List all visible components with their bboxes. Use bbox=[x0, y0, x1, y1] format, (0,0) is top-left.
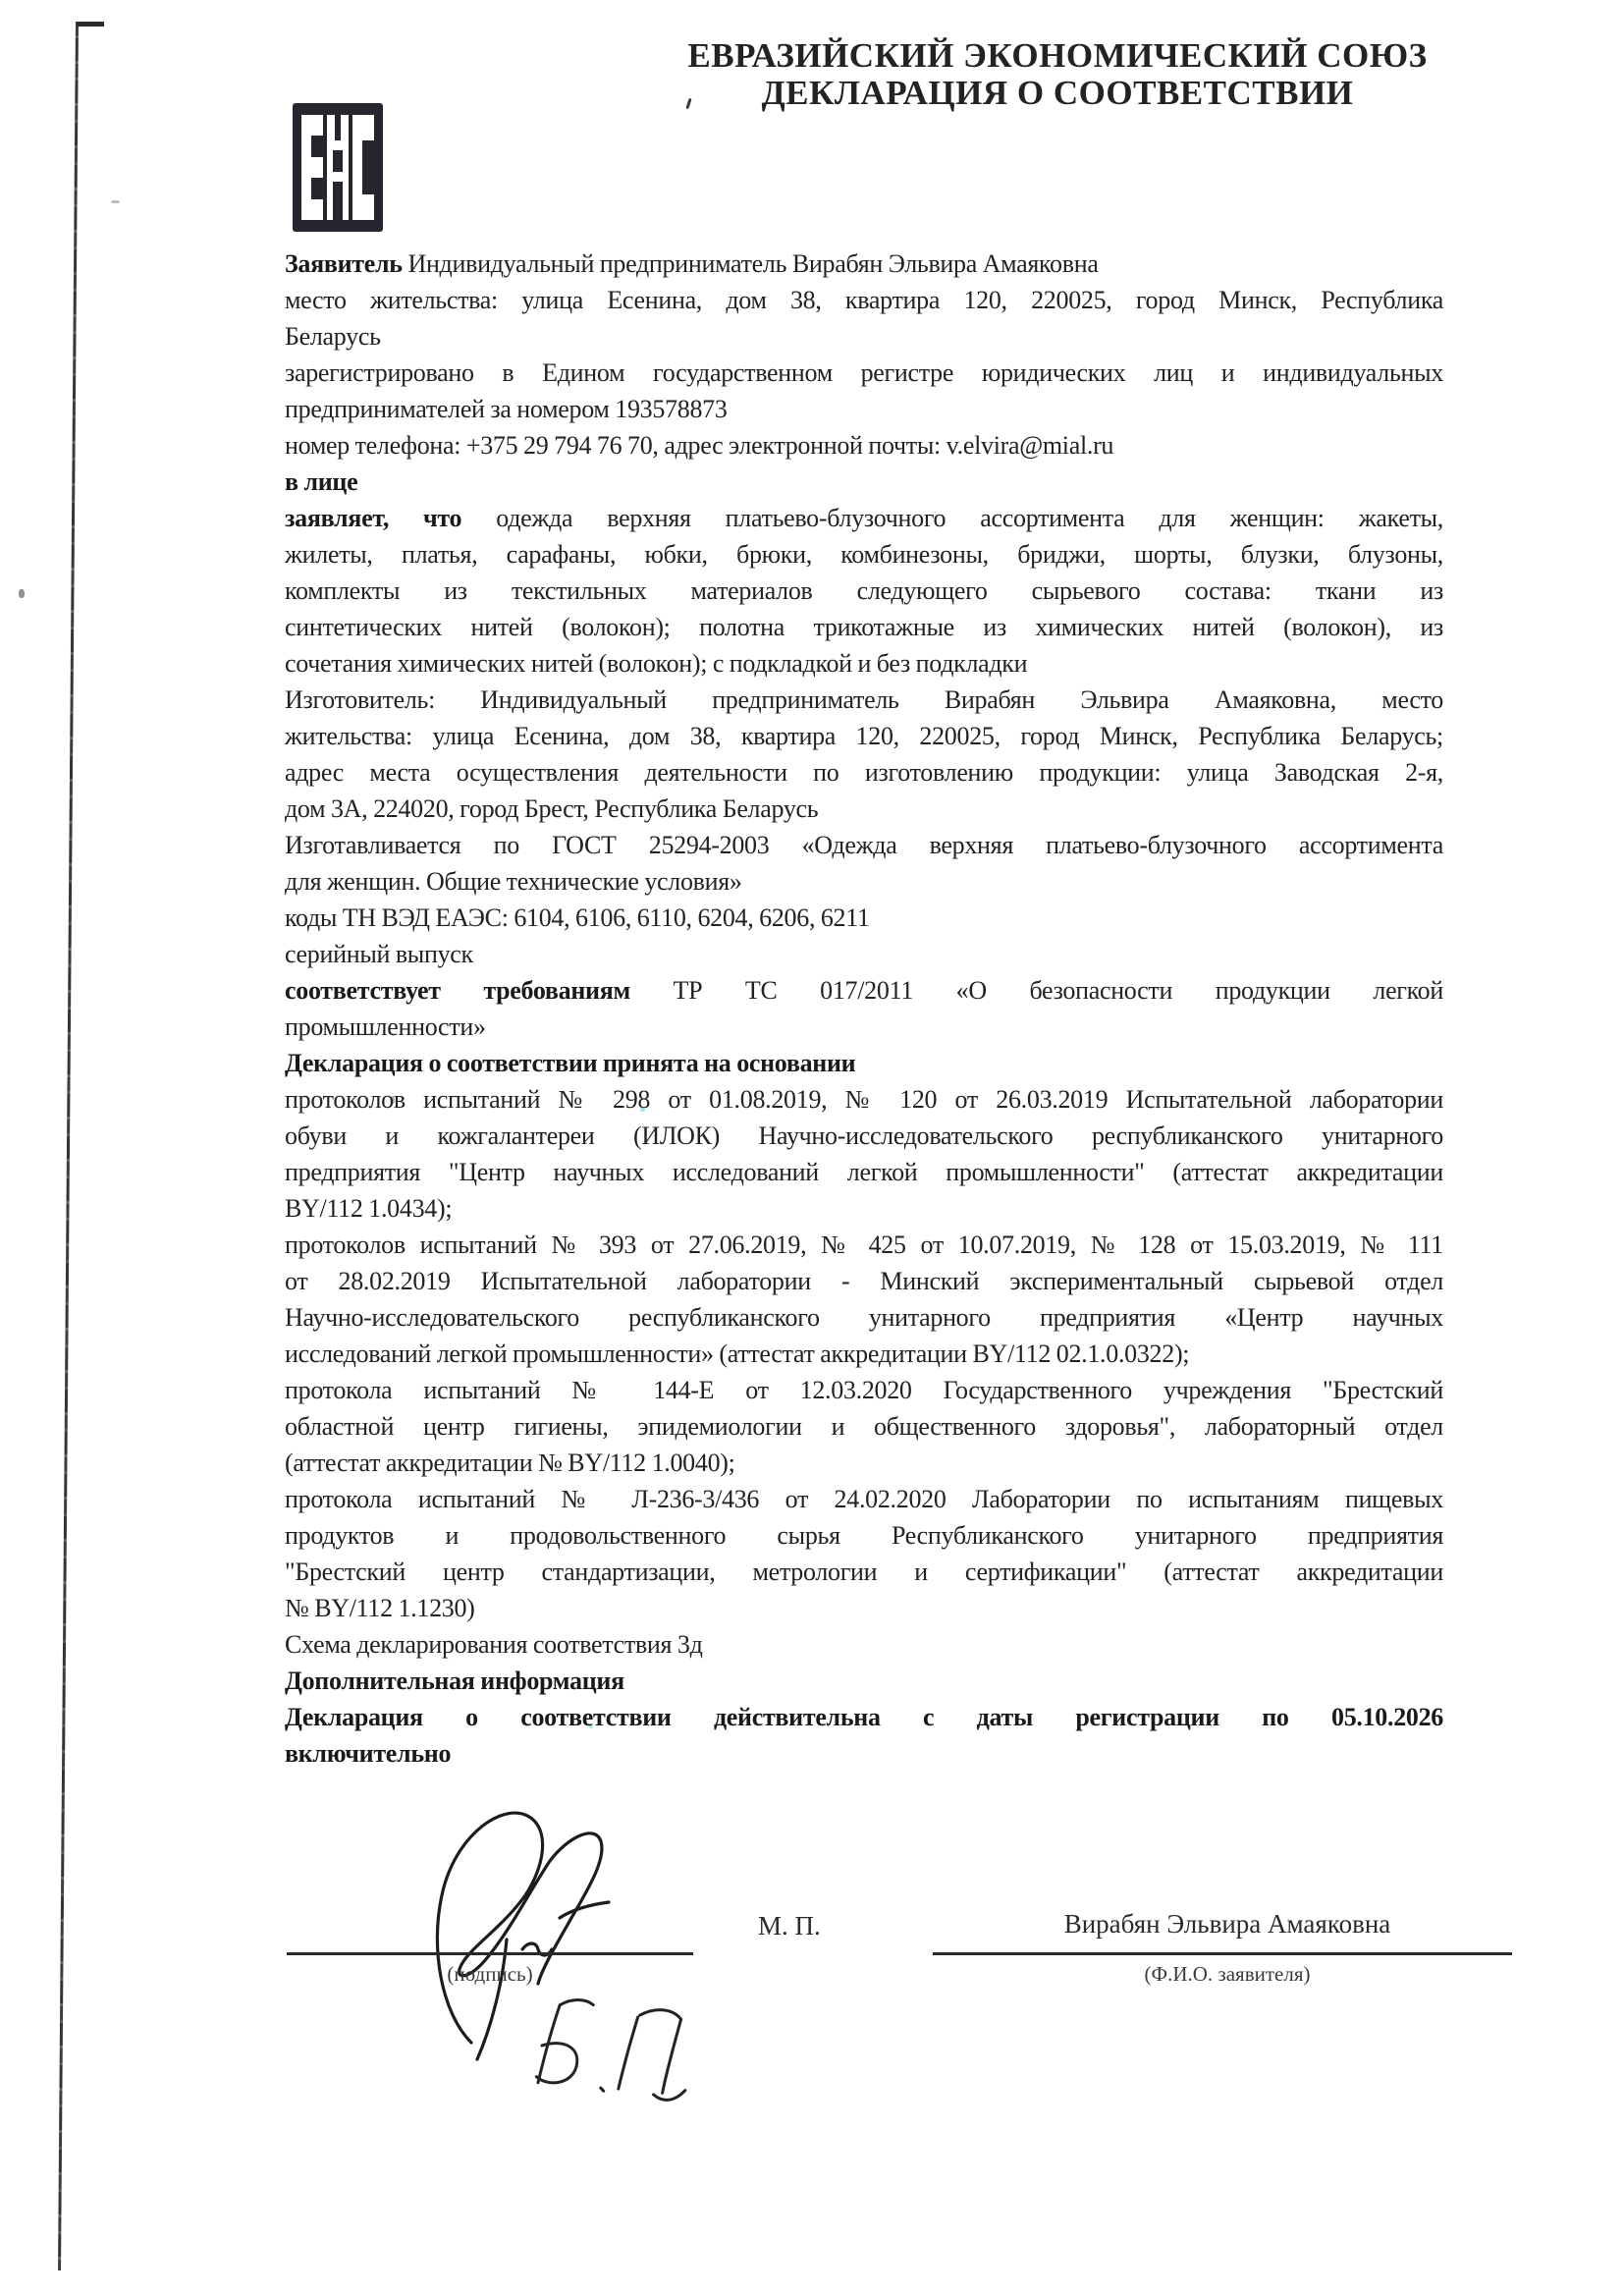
text-line: сочетания химических нитей (волокон); с … bbox=[285, 645, 1443, 682]
body-text: ТР ТС 017/2011 «О безопасности продукции… bbox=[630, 976, 1443, 1005]
text-line: BY/112 1.0434); bbox=[285, 1190, 1443, 1227]
bold-text: включительно bbox=[285, 1739, 451, 1768]
body-text: Изготавливается по ГОСТ 25294-2003 «Одеж… bbox=[285, 831, 1443, 859]
text-line: Изготовитель: Индивидуальный предпринима… bbox=[285, 682, 1443, 718]
body-text: (аттестат аккредитации № BY/112 1.0040); bbox=[285, 1449, 735, 1477]
text-line: предпринимателей за номером 193578873 bbox=[285, 391, 1443, 427]
body-text: место жительства: улица Есенина, дом 38,… bbox=[285, 286, 1443, 314]
bold-text: Декларация о соответствии действительна … bbox=[285, 1703, 1443, 1731]
body-text: предпринимателей за номером 193578873 bbox=[285, 395, 728, 423]
text-line: зарегистрировано в Едином государственно… bbox=[285, 355, 1443, 391]
text-line: Заявитель Индивидуальный предприниматель… bbox=[285, 246, 1443, 282]
bold-text: в лице bbox=[285, 467, 357, 496]
body-text: комплекты из текстильных материалов след… bbox=[285, 576, 1443, 605]
body-text: сочетания химических нитей (волокон); с … bbox=[285, 649, 1027, 678]
text-line: областной центр гигиены, эпидемиологии и… bbox=[285, 1408, 1443, 1445]
text-line: Научно-исследовательского республиканско… bbox=[285, 1299, 1443, 1336]
stamp-place-label: М. П. bbox=[758, 1911, 876, 1941]
body-text: зарегистрировано в Едином государственно… bbox=[285, 358, 1443, 387]
bold-text: Заявитель bbox=[285, 249, 403, 278]
body-text: BY/112 1.0434); bbox=[285, 1194, 452, 1223]
body-text: одежда верхняя платьево-блузочного ассор… bbox=[461, 504, 1443, 532]
text-line: дом 3А, 224020, город Брест, Республика … bbox=[285, 791, 1443, 827]
text-line: от 28.02.2019 Испытательной лаборатории … bbox=[285, 1263, 1443, 1299]
body-text: протокола испытаний № Л-236-3/436 от 24.… bbox=[285, 1485, 1443, 1513]
body-text: протокола испытаний № 144-Е от 12.03.202… bbox=[285, 1376, 1443, 1404]
text-line: место жительства: улица Есенина, дом 38,… bbox=[285, 282, 1443, 318]
text-line: жительства: улица Есенина, дом 38, кварт… bbox=[285, 718, 1443, 754]
document-body: Заявитель Индивидуальный предприниматель… bbox=[285, 246, 1443, 1772]
text-line: коды ТН ВЭД ЕАЭС: 6104, 6106, 6110, 6204… bbox=[285, 900, 1443, 936]
body-text: для женщин. Общие технические условия» bbox=[285, 867, 742, 896]
text-line: исследований легкой промышленности» (атт… bbox=[285, 1336, 1443, 1372]
bold-text: заявляет, что bbox=[285, 504, 461, 532]
bold-text: соответствует требованиям bbox=[285, 976, 630, 1005]
text-line: соответствует требованиям ТР ТС 017/2011… bbox=[285, 972, 1443, 1009]
text-line: синтетических нитей (волокон); полотна т… bbox=[285, 609, 1443, 645]
body-text: жительства: улица Есенина, дом 38, кварт… bbox=[285, 722, 1443, 750]
name-line bbox=[933, 1952, 1512, 1955]
text-line: № BY/112 1.1230) bbox=[285, 1590, 1443, 1626]
title-union: ЕВРАЗИЙСКИЙ ЭКОНОМИЧЕСКИЙ СОЮЗ bbox=[676, 37, 1439, 75]
text-line: обуви и кожгалантереи (ИЛОК) Научно-иссл… bbox=[285, 1118, 1443, 1154]
text-line: протокола испытаний № Л-236-3/436 от 24.… bbox=[285, 1481, 1443, 1517]
text-line: Декларация о соответствии принята на осн… bbox=[285, 1045, 1443, 1081]
handwritten-note-bp: Б. П. bbox=[517, 1984, 720, 2111]
text-line: предприятия "Центр научных исследований … bbox=[285, 1154, 1443, 1190]
body-text: "Брестский центр стандартизации, метроло… bbox=[285, 1558, 1443, 1586]
body-text: промышленности» bbox=[285, 1012, 486, 1041]
body-text: дом 3А, 224020, город Брест, Республика … bbox=[285, 794, 818, 823]
body-text: Изготовитель: Индивидуальный предпринима… bbox=[285, 685, 1443, 714]
body-text: областной центр гигиены, эпидемиологии и… bbox=[285, 1412, 1443, 1441]
text-line: в лице bbox=[285, 464, 1443, 500]
body-text: номер телефона: +375 29 794 76 70, адрес… bbox=[285, 431, 1113, 460]
text-line: промышленности» bbox=[285, 1009, 1443, 1045]
text-line: жилеты, платья, сарафаны, юбки, брюки, к… bbox=[285, 536, 1443, 573]
body-text: продуктов и продовольственного сырья Рес… bbox=[285, 1521, 1443, 1550]
body-text: адрес места осуществления деятельности п… bbox=[285, 758, 1443, 787]
bold-text: Декларация о соответствии принята на осн… bbox=[285, 1049, 855, 1077]
body-text: протоколов испытаний № 298 от 01.08.2019… bbox=[285, 1085, 1443, 1114]
text-line: Беларусь bbox=[285, 318, 1443, 355]
text-line: Дополнительная информация bbox=[285, 1663, 1443, 1699]
declaration-document-page: ЕАС ЕВРАЗИЙСКИЙ ЭКОНОМИЧЕСКИЙ СОЮЗ ДЕКЛА… bbox=[0, 0, 1623, 2296]
scan-speck bbox=[19, 589, 25, 598]
body-text: предприятия "Центр научных исследований … bbox=[285, 1158, 1443, 1186]
eac-logo: ЕАС bbox=[293, 103, 383, 232]
text-line: "Брестский центр стандартизации, метроло… bbox=[285, 1554, 1443, 1590]
text-line: (аттестат аккредитации № BY/112 1.0040); bbox=[285, 1445, 1443, 1481]
body-text: коды ТН ВЭД ЕАЭС: 6104, 6106, 6110, 6204… bbox=[285, 903, 870, 932]
body-text: серийный выпуск bbox=[285, 940, 473, 968]
body-text: Схема декларирования соответствия 3д bbox=[285, 1630, 703, 1659]
body-text: Индивидуальный предприниматель Вирабян Э… bbox=[403, 249, 1099, 278]
signature-line bbox=[287, 1952, 693, 1955]
body-text: протоколов испытаний № 393 от 27.06.2019… bbox=[285, 1230, 1443, 1259]
body-text: Беларусь bbox=[285, 322, 381, 351]
body-text: № BY/112 1.1230) bbox=[285, 1594, 475, 1622]
body-text: исследований легкой промышленности» (атт… bbox=[285, 1339, 1189, 1368]
text-line: серийный выпуск bbox=[285, 936, 1443, 972]
body-text: синтетических нитей (волокон); полотна т… bbox=[285, 613, 1443, 641]
title-declaration: ДЕКЛАРАЦИЯ О СООТВЕТСТВИИ bbox=[676, 75, 1439, 112]
text-line: Декларация о соответствии действительна … bbox=[285, 1699, 1443, 1735]
scan-edge-tick bbox=[77, 22, 104, 27]
text-line: Схема декларирования соответствия 3д bbox=[285, 1626, 1443, 1663]
body-text: от 28.02.2019 Испытательной лаборатории … bbox=[285, 1267, 1443, 1295]
text-line: комплекты из текстильных материалов след… bbox=[285, 573, 1443, 609]
text-line: продуктов и продовольственного сырья Рес… bbox=[285, 1517, 1443, 1554]
document-title: ЕВРАЗИЙСКИЙ ЭКОНОМИЧЕСКИЙ СОЮЗ ДЕКЛАРАЦИ… bbox=[676, 37, 1439, 112]
text-line: Изготавливается по ГОСТ 25294-2003 «Одеж… bbox=[285, 827, 1443, 863]
text-line: адрес места осуществления деятельности п… bbox=[285, 754, 1443, 791]
scan-edge-artifact bbox=[58, 22, 79, 2270]
bold-text: Дополнительная информация bbox=[285, 1667, 624, 1695]
text-line: заявляет, что одежда верхняя платьево-бл… bbox=[285, 500, 1443, 536]
body-text: жилеты, платья, сарафаны, юбки, брюки, к… bbox=[285, 540, 1443, 569]
signer-name: Вирабян Эльвира Амаяковна bbox=[972, 1909, 1483, 1940]
eac-logo-graphic bbox=[293, 103, 383, 232]
text-line: номер телефона: +375 29 794 76 70, адрес… bbox=[285, 427, 1443, 464]
text-line: для женщин. Общие технические условия» bbox=[285, 863, 1443, 900]
text-line: протокола испытаний № 144-Е от 12.03.202… bbox=[285, 1372, 1443, 1408]
text-line: включительно bbox=[285, 1735, 1443, 1772]
body-text: обуви и кожгалантереи (ИЛОК) Научно-иссл… bbox=[285, 1121, 1443, 1150]
scan-speck bbox=[111, 200, 120, 203]
body-text: Научно-исследовательского республиканско… bbox=[285, 1303, 1443, 1332]
text-line: протоколов испытаний № 393 от 27.06.2019… bbox=[285, 1227, 1443, 1263]
text-line: протоколов испытаний № 298 от 01.08.2019… bbox=[285, 1081, 1443, 1118]
signature-caption: (подпись) bbox=[287, 1962, 693, 1987]
name-caption: (Ф.И.О. заявителя) bbox=[972, 1962, 1483, 1987]
